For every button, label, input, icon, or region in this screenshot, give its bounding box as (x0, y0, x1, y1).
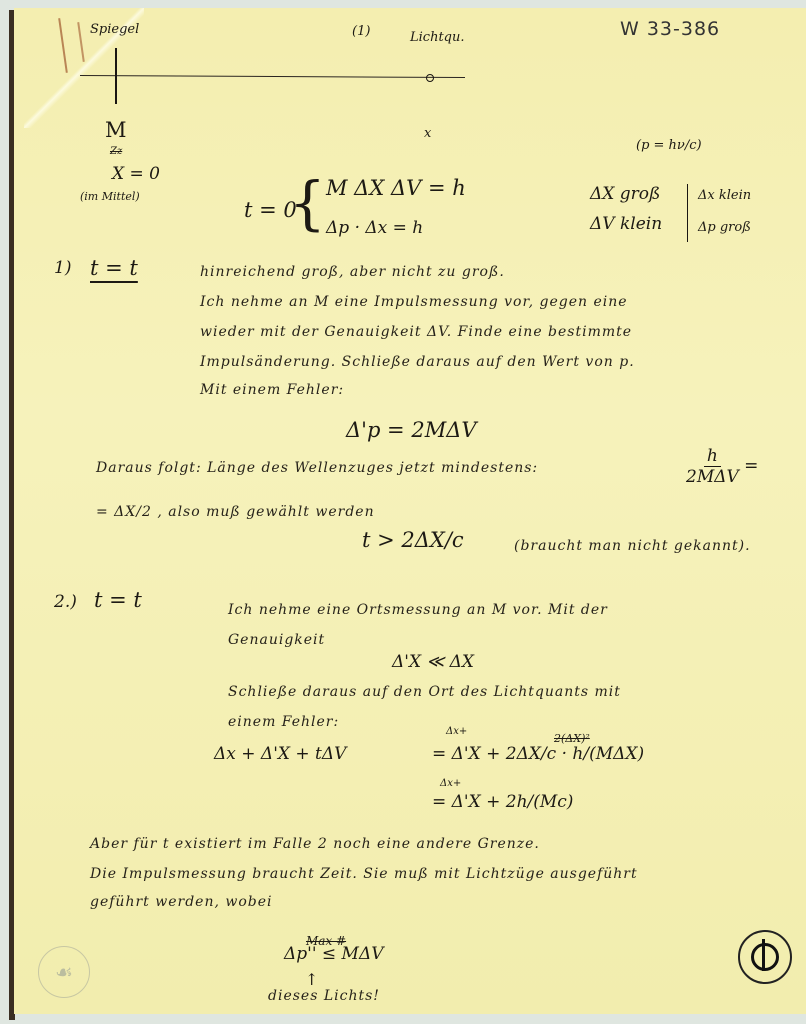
case1-label: 1) (54, 258, 71, 278)
case1-line: hinreichend groß, aber nicht zu groß. (200, 264, 505, 280)
mirror-line (115, 48, 117, 104)
brace: { (289, 174, 326, 232)
annotation: Δx+ (440, 778, 461, 789)
mirror-label: Spiegel (90, 22, 139, 37)
light-state-2: Δp groß (698, 220, 751, 235)
mirror-position: X = 0 (112, 164, 160, 184)
case1-conclusion: = ΔX/2 , also muß gewählt werden (96, 504, 375, 520)
case1-inequality-note: (braucht man nicht gekannt). (514, 538, 751, 554)
case2-equation: Δ'X ≪ ΔX (392, 652, 474, 672)
page-number: (1) (352, 24, 370, 39)
arrow-up-icon: ↑ (305, 970, 318, 989)
case2-line: Ich nehme eine Ortsmessung an M vor. Mit… (228, 602, 608, 618)
case1-inequality: t > 2ΔX/c (362, 528, 464, 552)
library-stamp-icon (738, 930, 792, 984)
separator-bar (687, 184, 688, 242)
case2-line: Schließe daraus auf den Ort des Lichtqua… (228, 684, 621, 700)
case2-line: einem Fehler: (228, 714, 339, 730)
case1-equation: Δ'p = 2MΔV (346, 418, 477, 442)
arrow-note: dieses Lichts! (268, 988, 380, 1004)
case1-line: Ich nehme an M eine Impulsmessung vor, g… (200, 294, 628, 310)
faded-stamp-icon: ☙ (38, 946, 90, 998)
phi-symbol-icon (751, 943, 779, 971)
light-source-label: Lichtqu. (410, 30, 465, 45)
error-rhs-1: = Δ'X + 2ΔX/c · h/(MΔX) (432, 744, 644, 764)
light-state-1: Δx klein (698, 188, 751, 203)
case1-fraction: h2MΔV = (686, 446, 758, 487)
mirror-mass: M (105, 118, 127, 142)
case1-line: Mit einem Fehler: (200, 382, 344, 398)
case2-line: Genauigkeit (228, 632, 325, 648)
case1-conclusion: Daraus folgt: Länge des Wellenzuges jetz… (96, 460, 538, 476)
case1-time: t = t (90, 256, 138, 280)
error-rhs-2: = Δ'X + 2h/(Mc) (432, 792, 573, 812)
manuscript-page: Spiegel (1) Lichtqu. W 33-386 M Zz X = 0… (14, 8, 806, 1014)
mirror-note: (im Mittel) (80, 190, 140, 203)
case1-line: Impulsänderung. Schließe daraus auf den … (200, 354, 635, 370)
case2-time: t = t (94, 588, 142, 612)
archive-id: W 33-386 (620, 18, 720, 40)
uncertainty-eq-mirror: M ΔX ΔV = h (326, 176, 466, 200)
closing-line: Aber für t existiert im Falle 2 noch ein… (90, 836, 540, 852)
photon-momentum: (p = hν/c) (636, 138, 702, 153)
mirror-state-1: ΔX groß (590, 184, 660, 204)
final-inequality: Δp'' ≤ MΔV (284, 944, 384, 964)
struck-term: 2(ΔX)² (554, 732, 590, 745)
light-source-dot (426, 74, 434, 82)
uncertainty-eq-light: Δp · Δx = h (326, 218, 423, 238)
mirror-state-2: ΔV klein (590, 214, 662, 234)
case2-label: 2.) (54, 592, 77, 612)
case1-line: wieder mit der Genauigkeit ΔV. Finde ein… (200, 324, 632, 340)
struck-mark: Zz (110, 146, 122, 157)
fraction-numerator: h (704, 446, 721, 467)
closing-line: Die Impulsmessung braucht Zeit. Sie muß … (90, 866, 638, 882)
error-lhs: Δx + Δ'X + tΔV (214, 744, 346, 764)
closing-line: geführt werden, wobei (90, 894, 273, 910)
light-position: x (424, 126, 431, 141)
annotation: Δx+ (446, 726, 467, 737)
fraction-denominator: 2MΔV (686, 467, 739, 487)
